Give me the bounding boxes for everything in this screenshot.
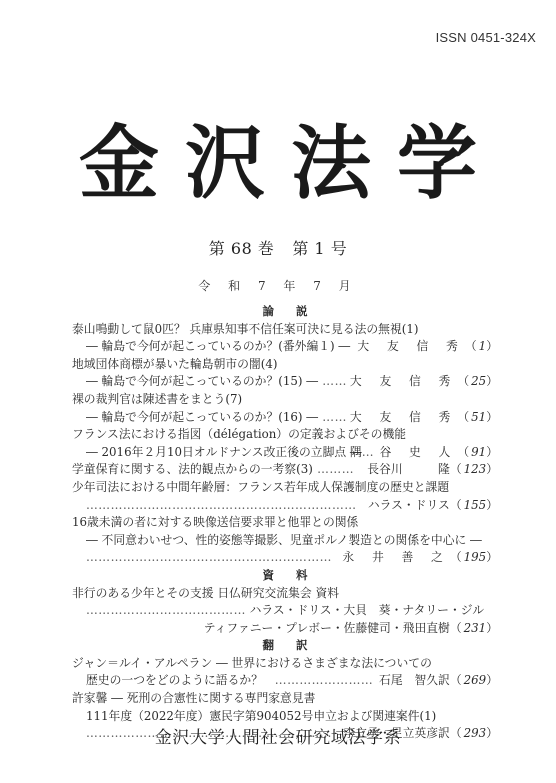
toc-entry-title[interactable]: 16歳未満の者に対する映像送信要求罪と他罪との関係 bbox=[72, 514, 498, 532]
entry-subtitle: ― 輪島で今何が起こっているのか？(番外編１) ― bbox=[86, 339, 350, 353]
toc-entry-subtitle[interactable]: ― 輪島で今何が起こっているのか？(番外編１) ― 大 友 信 秀（1） bbox=[72, 338, 498, 356]
publisher: 金沢大学人間社会研究域法学系 bbox=[0, 723, 556, 748]
issn-number: ISSN 0451-324X bbox=[436, 30, 536, 45]
entry-page: 51 bbox=[471, 410, 486, 424]
entry-title: 学童保育に関する、法的観点からの一考察(3) bbox=[72, 462, 313, 476]
toc-entry-title[interactable]: 裸の裁判官は陳述書をまとう(7) bbox=[72, 391, 498, 409]
volume-number: 第 68 巻 bbox=[209, 239, 275, 258]
toc-entry-title[interactable]: ジャン＝ルイ・アルペラン ― 世界におけるさまざまな法についての bbox=[72, 655, 498, 673]
leader-dots: …………………… bbox=[275, 673, 373, 687]
entry-page: 123 bbox=[464, 462, 487, 476]
entry-author: 長谷川 隆 bbox=[367, 462, 450, 476]
toc-entry-subtitle[interactable]: 歴史の一つをどのように語るか？ …………………… 石尾 智久訳（269） bbox=[72, 672, 498, 690]
toc-entry-subtitle[interactable]: ― 2016年２月10日オルドナンス改正後の立脚点 ―… 隅 谷 史 人（91） bbox=[72, 444, 498, 462]
entry-page: 91 bbox=[471, 445, 486, 459]
entry-author: 永 井 善 之 bbox=[342, 550, 449, 564]
entry-subtitle: ― 2016年２月10日オルドナンス改正後の立脚点 ― bbox=[86, 445, 362, 459]
entry-subtitle: 歴史の一つをどのように語るか？ bbox=[86, 673, 263, 687]
leader-dots: …… bbox=[318, 410, 347, 424]
table-of-contents: 論説 泰山鳴動して鼠0匹？ 兵庫県知事不信任案可決に見る法の無視(1) ― 輪島… bbox=[72, 303, 498, 743]
toc-entry-title[interactable]: フランス法における指図（délégation）の定義およびその機能 bbox=[72, 426, 498, 444]
entry-subtitle: ― 輪島で今何が起こっているのか？(16) ― bbox=[86, 410, 318, 424]
entry-authors: ティファニー・プレボー・佐藤健司・飛田直樹 bbox=[204, 621, 450, 635]
toc-entry-title[interactable]: 許家馨 ― 死刑の合憲性に関する専門家意見書 bbox=[72, 690, 498, 708]
entry-page: 1 bbox=[479, 339, 487, 353]
entry-page: 25 bbox=[471, 374, 486, 388]
section-heading-articles: 論説 bbox=[72, 303, 498, 321]
entry-author: 大 友 信 秀 bbox=[350, 410, 457, 424]
toc-entry-leader-line[interactable]: ………………………………………………………… ハラス・ドリス（155） bbox=[72, 497, 498, 515]
leader-dots: ……… bbox=[313, 462, 354, 476]
entry-author: 石尾 智久訳 bbox=[379, 673, 450, 687]
leader-dots: …… bbox=[318, 374, 347, 388]
entry-authors: ハラス・ドリス・大貝 葵・ナタリー・ジル bbox=[250, 603, 484, 617]
toc-entry-title[interactable]: 学童保育に関する、法的観点からの一考察(3) ……… 長谷川 隆（123） bbox=[72, 461, 498, 479]
toc-entry-subtitle[interactable]: ― 輪島で今何が起こっているのか？(15) ― …… 大 友 信 秀（25） bbox=[72, 373, 498, 391]
entry-subtitle: ― 輪島で今何が起こっているのか？(15) ― bbox=[86, 374, 318, 388]
toc-entry-authors-line[interactable]: ………………………………… ハラス・ドリス・大貝 葵・ナタリー・ジル bbox=[72, 602, 498, 620]
toc-entry-subtitle[interactable]: ― 不同意わいせつ、性的姿態等撮影、児童ポルノ製造との関係を中心に ― bbox=[72, 532, 498, 550]
section-heading-materials: 資料 bbox=[72, 567, 498, 585]
entry-author: 大 友 信 秀 bbox=[350, 374, 457, 388]
entry-page: 195 bbox=[464, 550, 487, 564]
journal-title: 金沢法学 bbox=[0, 118, 556, 208]
section-heading-translations: 翻訳 bbox=[72, 637, 498, 655]
entry-page: 231 bbox=[464, 621, 487, 635]
publication-date: 令 和 7 年 7 月 bbox=[0, 277, 556, 294]
toc-entry-title[interactable]: 地域団体商標が暴いた輪島朝市の闇(4) bbox=[72, 356, 498, 374]
toc-entry-subtitle[interactable]: ― 輪島で今何が起こっているのか？(16) ― …… 大 友 信 秀（51） bbox=[72, 409, 498, 427]
volume-issue: 第 68 巻第 1 号 bbox=[0, 236, 556, 259]
leader-dots: ………………………………………………………… bbox=[86, 498, 357, 512]
entry-page: 155 bbox=[464, 498, 487, 512]
toc-entry-authors-line[interactable]: ティファニー・プレボー・佐藤健司・飛田直樹（231） bbox=[72, 620, 498, 638]
toc-entry-leader-line[interactable]: …………………………………………………… 永 井 善 之（195） bbox=[72, 549, 498, 567]
toc-entry-title[interactable]: 泰山鳴動して鼠0匹？ 兵庫県知事不信任案可決に見る法の無視(1) bbox=[72, 321, 498, 339]
entry-author: 隅 谷 史 人 bbox=[350, 445, 457, 459]
entry-author: 大 友 信 秀 bbox=[357, 339, 464, 353]
entry-author: ハラス・ドリス bbox=[368, 498, 450, 512]
issue-number: 第 1 号 bbox=[292, 239, 347, 258]
toc-entry-title[interactable]: 少年司法における中間年齢層：フランス若年成人保護制度の歴史と課題 bbox=[72, 479, 498, 497]
toc-entry-title[interactable]: 非行のある少年とその支援 日仏研究交流集会 資料 bbox=[72, 585, 498, 603]
leader-dots: ………………………………… bbox=[86, 603, 246, 617]
entry-page: 269 bbox=[464, 673, 487, 687]
leader-dots: …………………………………………………… bbox=[86, 550, 332, 564]
